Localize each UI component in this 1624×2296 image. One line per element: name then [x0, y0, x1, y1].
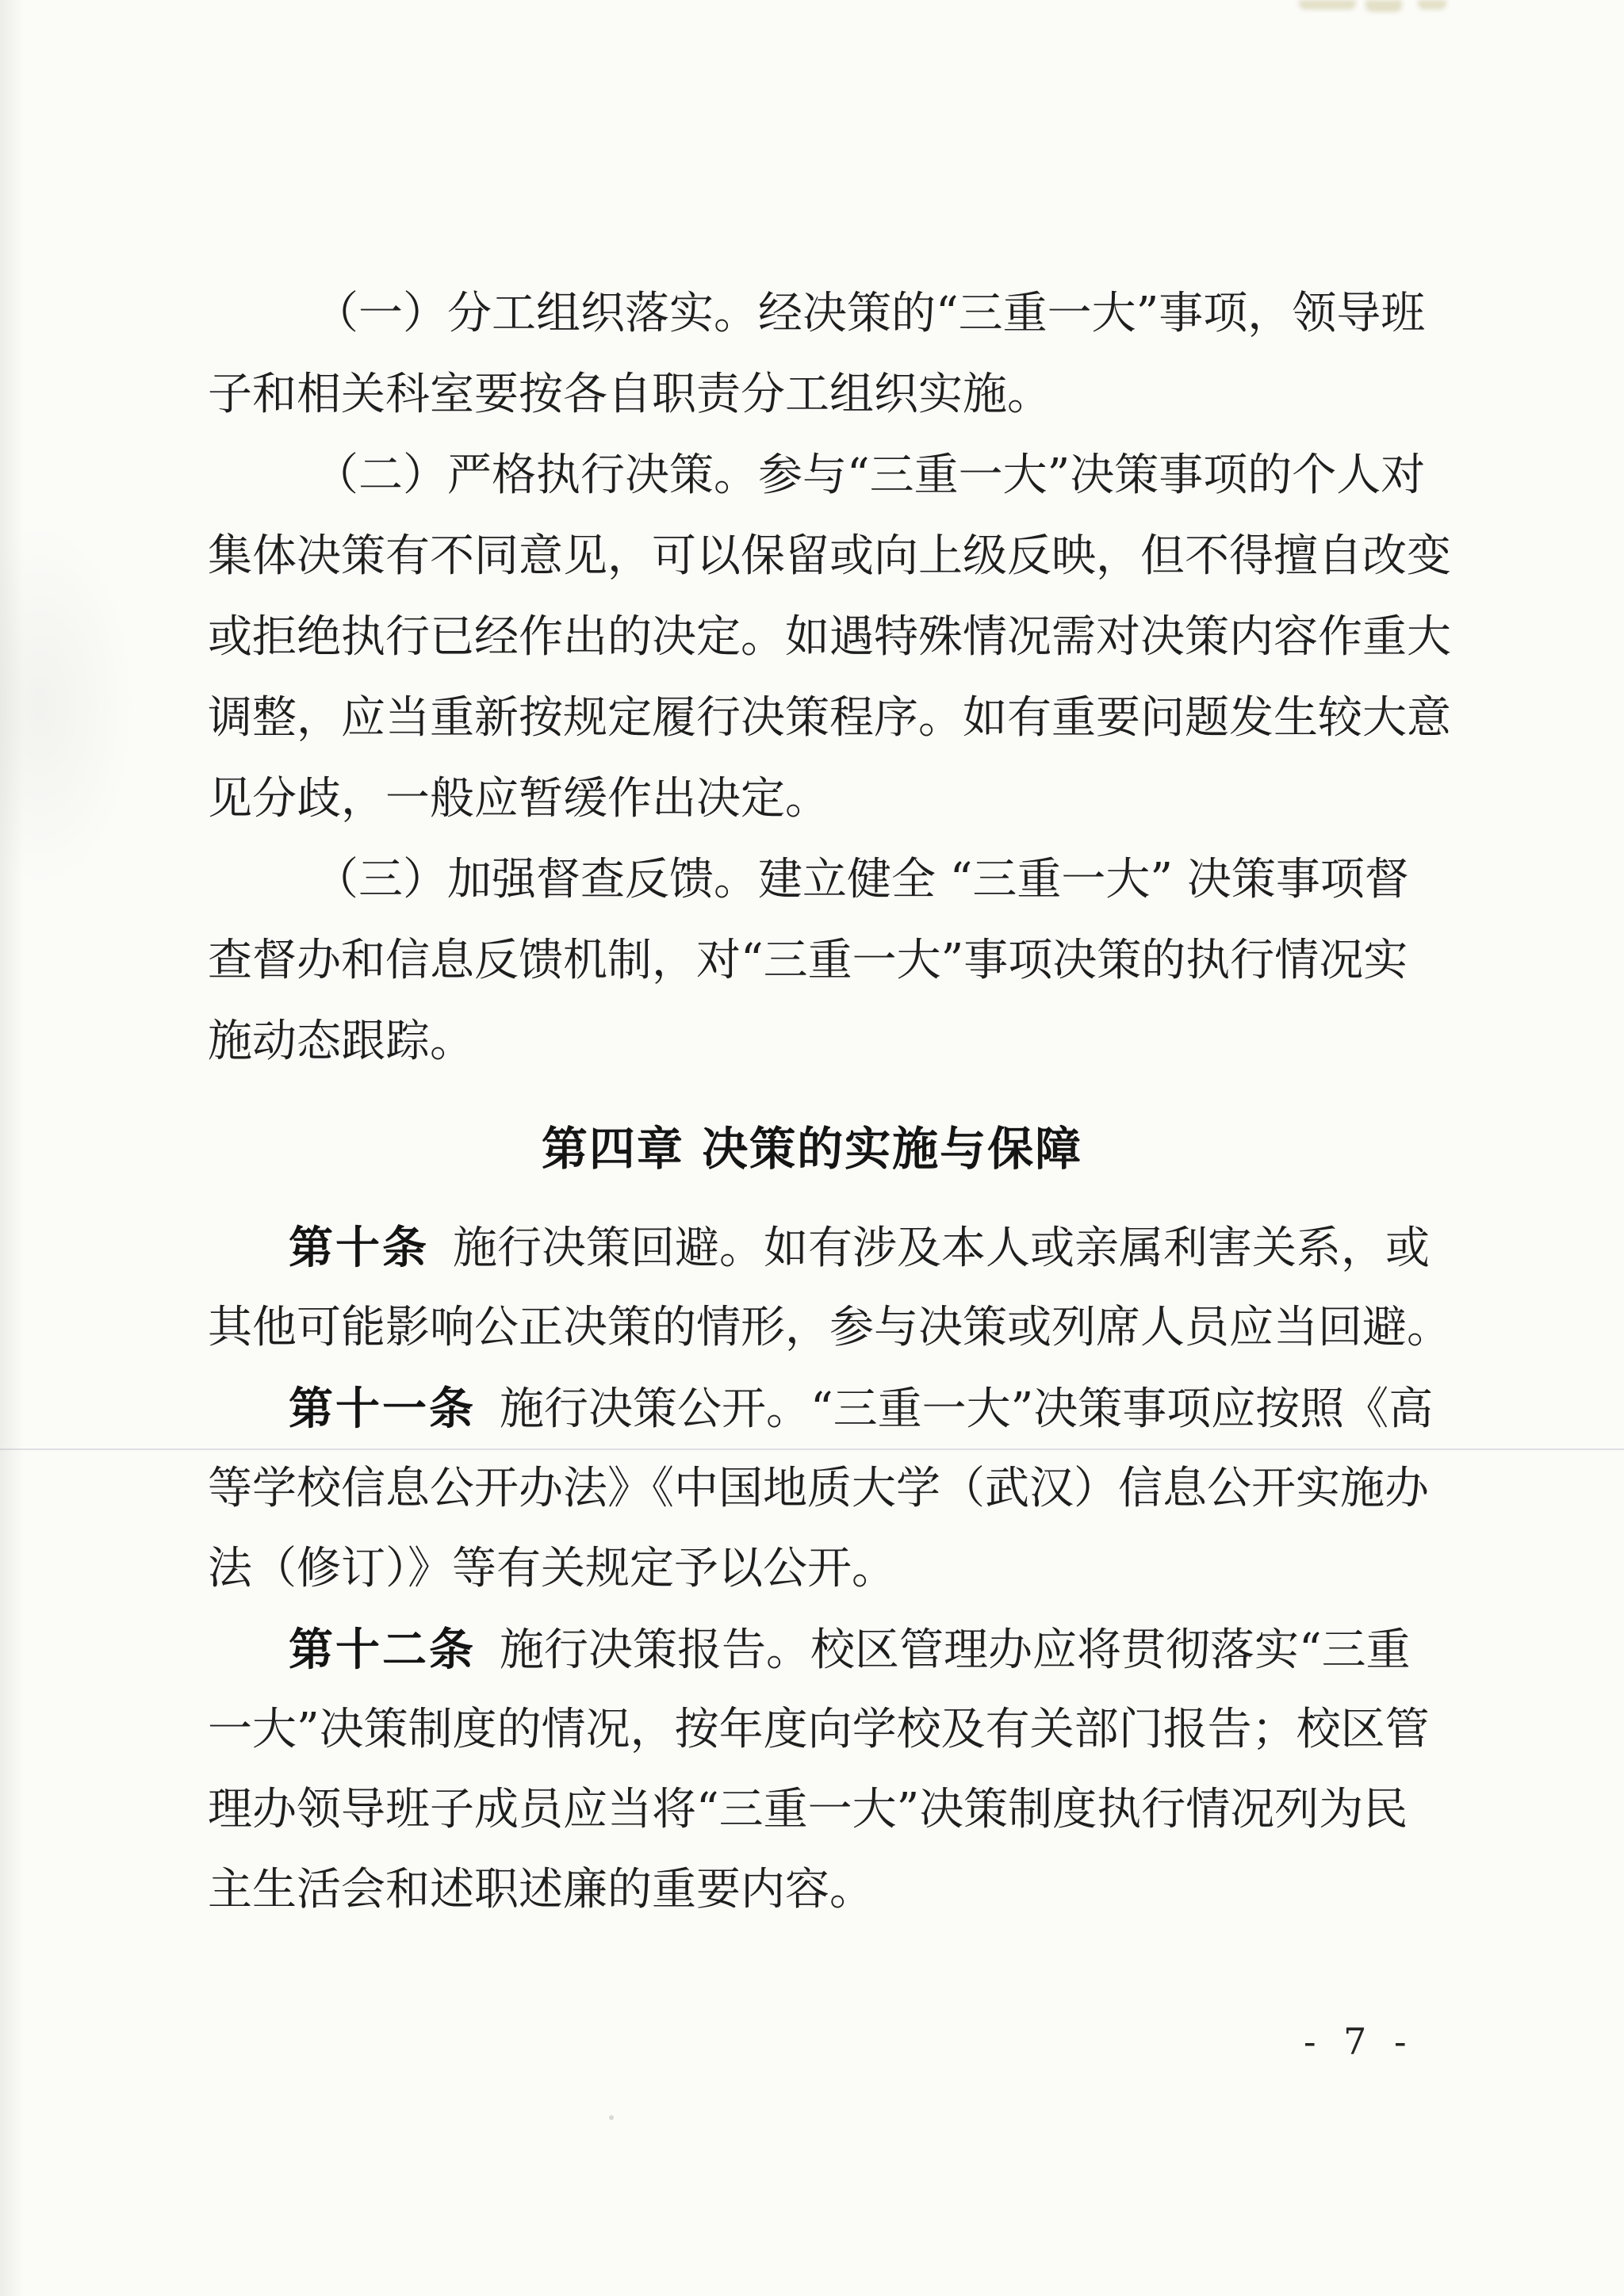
scan-speck [609, 2115, 614, 2120]
scan-top-mark [1365, 0, 1402, 12]
text-line: 见分歧，一般应暂缓作出决定。 [208, 775, 829, 823]
text-line: 法（修订）》等有关规定予以公开。 [208, 1545, 896, 1593]
line-text: （二）严格执行决策。参与“三重一大”决策事项的个人对 [314, 450, 1425, 501]
line-text: （一）分工组织落实。经决策的“三重一大”事项，领导班 [314, 288, 1425, 339]
line-text: 查督办和信息反馈机制，对“三重一大”事项决策的执行情况实 [208, 935, 1408, 986]
scanned-page: { "page": { "paper_color": "#fbfbf8", "i… [0, 0, 1624, 2296]
line-text: 施行决策回避。如有涉及本人或亲属利害关系，或 [453, 1223, 1430, 1274]
text-line: 第十二条施行决策报告。校区管理办应将贯彻落实“三重 [289, 1626, 1411, 1674]
text-line: 集体决策有不同意见，可以保留或向上级反映，但不得擅自改变 [208, 533, 1451, 580]
line-text: 等学校信息公开办法》《中国地质大学（武汉）信息公开实施办 [208, 1463, 1429, 1514]
text-line: 第十一条施行决策公开。“三重一大”决策事项应按照《高 [289, 1385, 1433, 1433]
line-text: 或拒绝执行已经作出的决定。如遇特殊情况需对决策内容作重大 [208, 611, 1451, 663]
line-text: 其他可能影响公正决策的情形，参与决策或列席人员应当回避。 [208, 1302, 1451, 1353]
line-text: （三）加强督查反馈。建立健全 “三重一大” 决策事项督 [314, 854, 1409, 905]
text-line: 一大”决策制度的情况，按年度向学校及有关部门报告；校区管 [208, 1706, 1430, 1754]
line-text: 子和相关科室要按各自职责分工组织实施。 [208, 369, 1051, 420]
text-line: 第十条施行决策回避。如有涉及本人或亲属利害关系，或 [289, 1224, 1430, 1272]
page-number: - 7 - [1304, 2020, 1415, 2063]
line-text: 施行决策公开。“三重一大”决策事项应按照《高 [500, 1383, 1433, 1435]
line-text: 施行决策报告。校区管理办应将贯彻落实“三重 [500, 1624, 1411, 1676]
text-line: 调整，应当重新按规定履行决策程序。如有重要问题发生较大意 [208, 695, 1451, 742]
scan-blotch [0, 523, 135, 888]
text-line: （一）分工组织落实。经决策的“三重一大”事项，领导班 [314, 290, 1425, 338]
line-text: 法（修订）》等有关规定予以公开。 [208, 1543, 896, 1594]
chapter-heading: 第四章 决策的实施与保障 [0, 1123, 1624, 1174]
text-line: 理办领导班子成员应当将“三重一大”决策制度执行情况列为民 [208, 1786, 1408, 1834]
text-line: 等学校信息公开办法》《中国地质大学（武汉）信息公开实施办 [208, 1465, 1429, 1513]
article-number: 第十二条 [289, 1624, 476, 1676]
line-text: 主生活会和述职述廉的重要内容。 [208, 1864, 874, 1915]
text-line: 主生活会和述职述廉的重要内容。 [208, 1866, 874, 1914]
text-line: 施动态跟踪。 [208, 1018, 474, 1066]
article-number: 第十一条 [289, 1383, 476, 1435]
text-line: （二）严格执行决策。参与“三重一大”决策事项的个人对 [314, 452, 1425, 499]
scan-top-mark [1418, 0, 1446, 10]
line-text: 理办领导班子成员应当将“三重一大”决策制度执行情况列为民 [208, 1784, 1408, 1835]
text-line: 子和相关科室要按各自职责分工组织实施。 [208, 371, 1051, 419]
text-line: 其他可能影响公正决策的情形，参与决策或列席人员应当回避。 [208, 1304, 1451, 1352]
line-text: 见分歧，一般应暂缓作出决定。 [208, 773, 829, 825]
line-text: 集体决策有不同意见，可以保留或向上级反映，但不得擅自改变 [208, 530, 1451, 582]
text-line: 或拒绝执行已经作出的决定。如遇特殊情况需对决策内容作重大 [208, 614, 1451, 661]
text-line: （三）加强督查反馈。建立健全 “三重一大” 决策事项督 [314, 856, 1409, 904]
line-text: 施动态跟踪。 [208, 1016, 474, 1067]
text-line: 查督办和信息反馈机制，对“三重一大”事项决策的执行情况实 [208, 937, 1408, 985]
article-number: 第十条 [289, 1222, 429, 1274]
line-text: 一大”决策制度的情况，按年度向学校及有关部门报告；校区管 [208, 1704, 1430, 1755]
line-text: 调整，应当重新按规定履行决策程序。如有重要问题发生较大意 [208, 692, 1451, 744]
scan-top-mark [1299, 0, 1356, 10]
scan-fold-line [0, 1448, 1624, 1450]
